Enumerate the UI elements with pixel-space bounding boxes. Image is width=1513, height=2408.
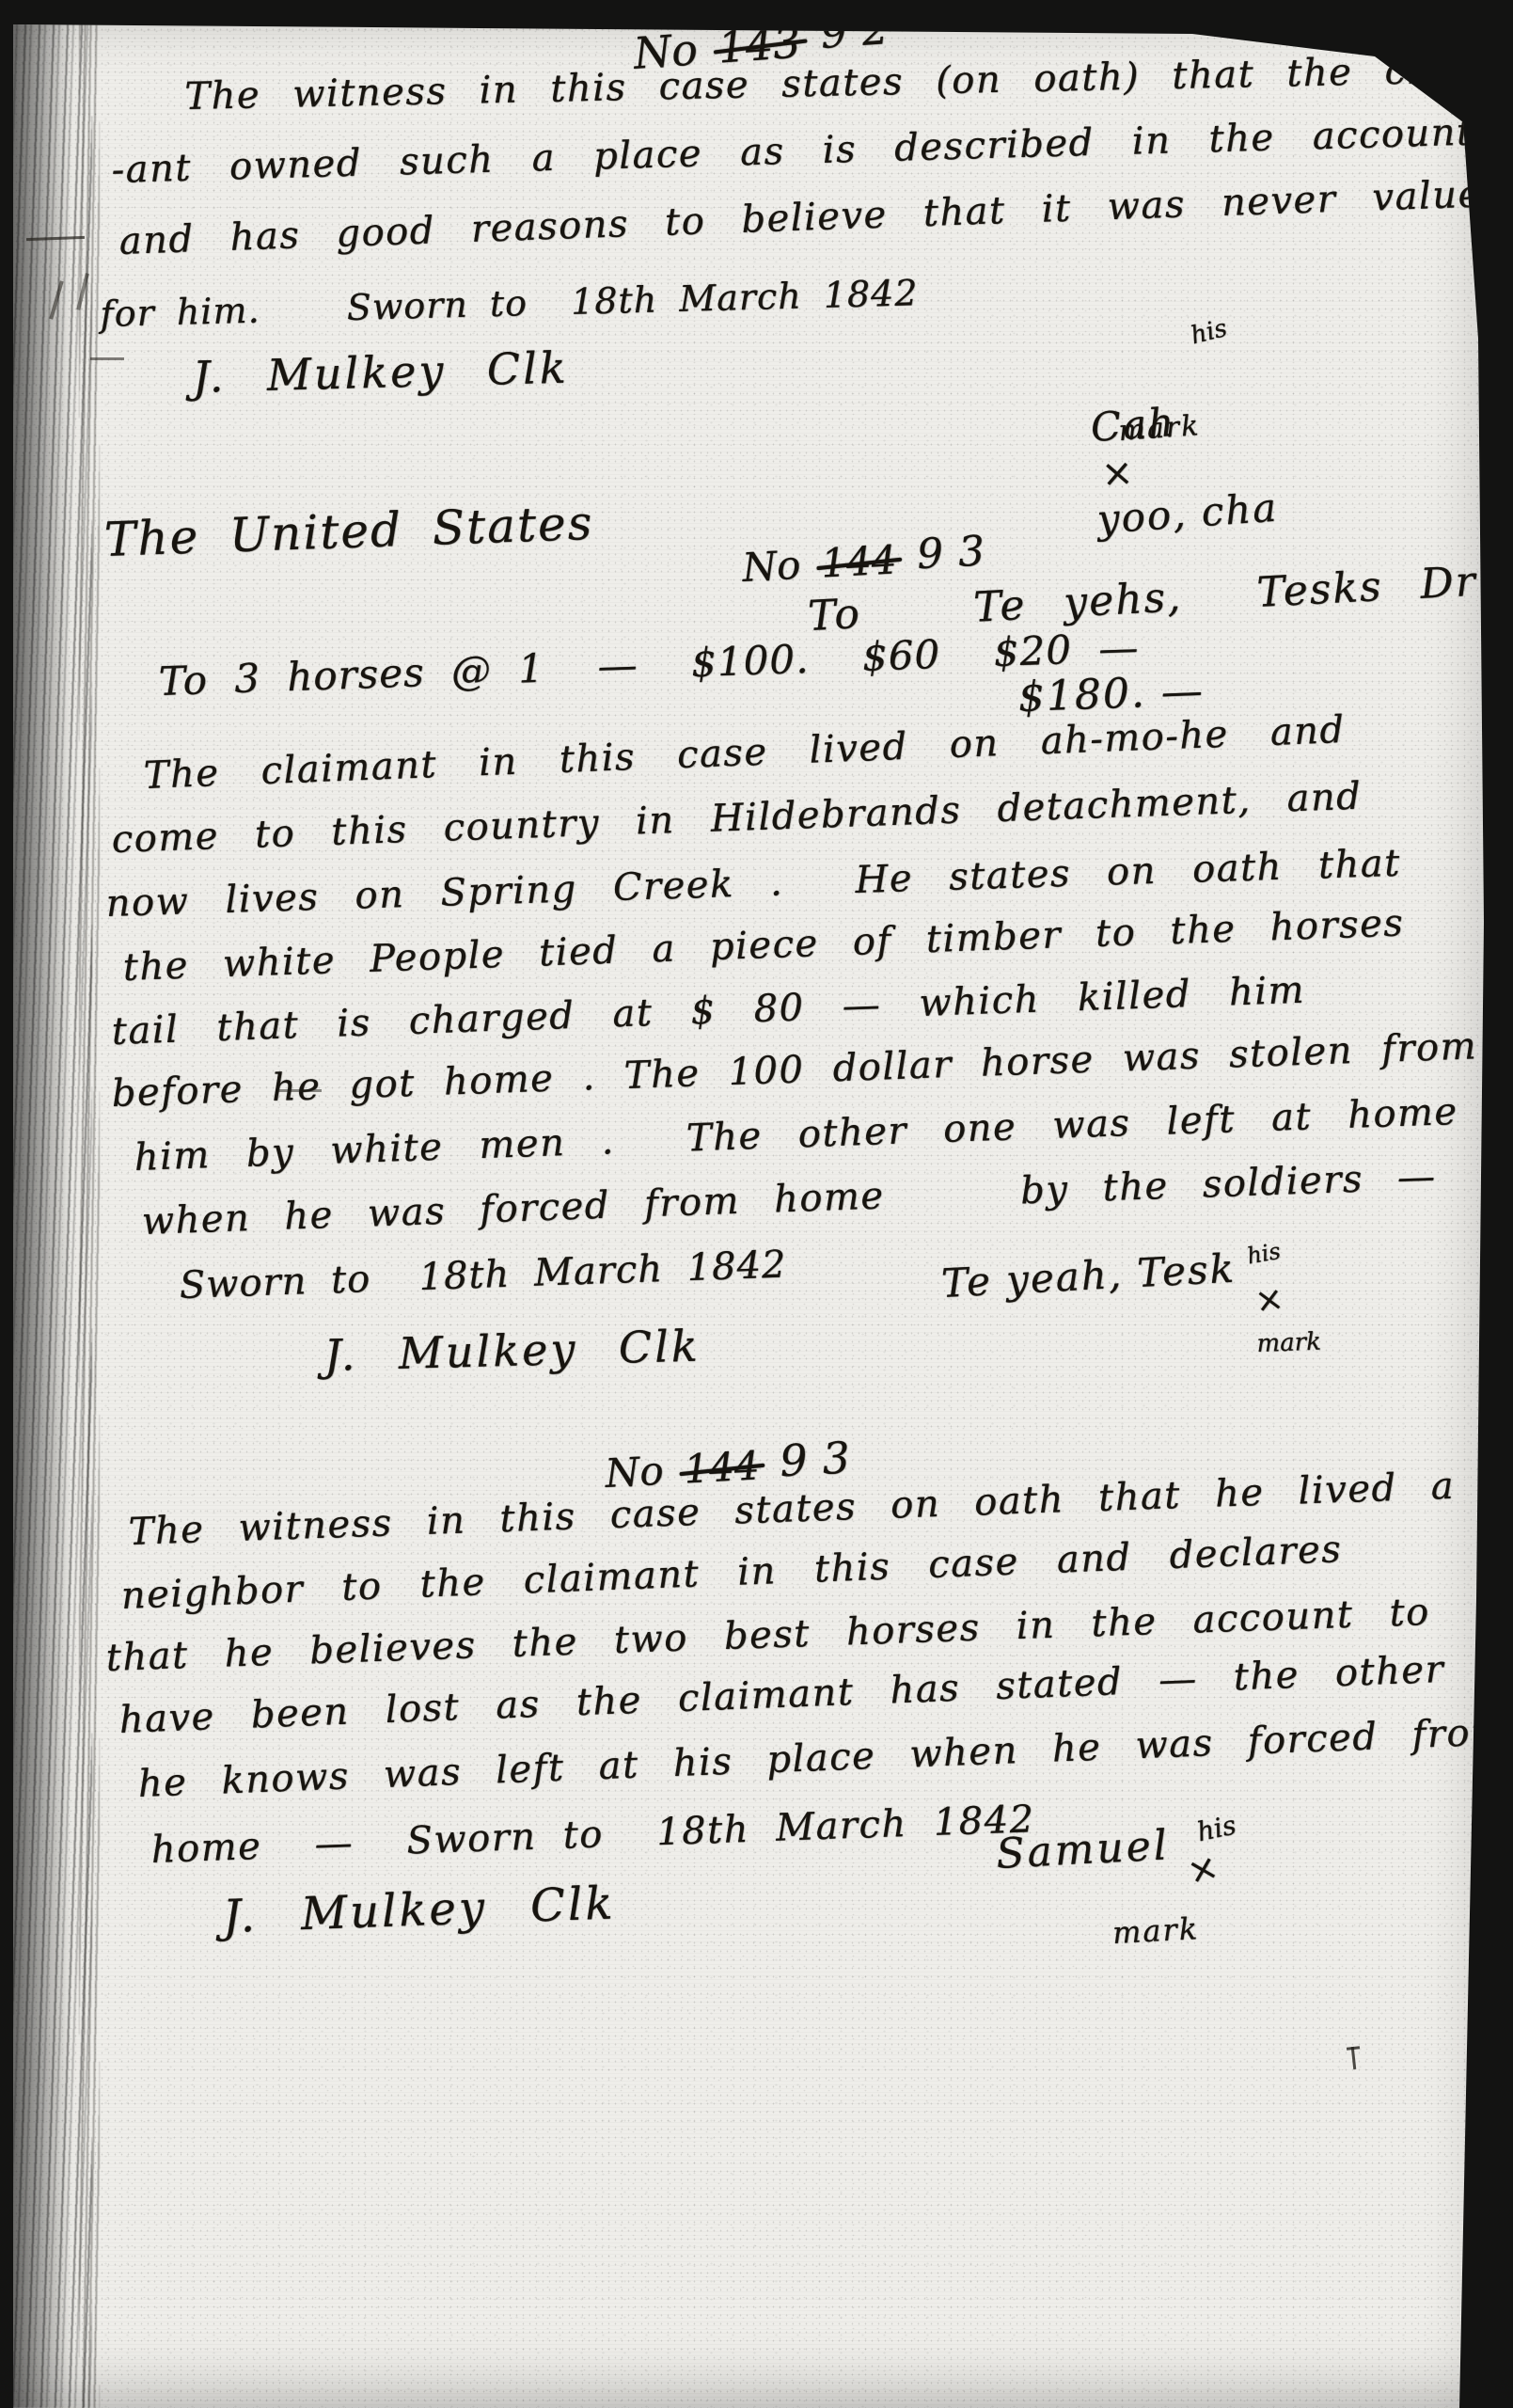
- entry92-clerk-signature: J. Mulkey Clk: [192, 342, 569, 403]
- entry92-page-number: 92: [819, 5, 905, 58]
- binding-gutter: [11, 0, 92, 2408]
- his-label: his: [1194, 1809, 1238, 1847]
- scanned-manuscript-page: No 143 92 The witness in this case state…: [0, 0, 1513, 2408]
- entry92-claimant-signature: his Cah × yoo, cha mark: [969, 301, 1466, 476]
- ink-dash: [26, 236, 85, 241]
- witness93-clerk-signature: J. Mulkey Clk: [222, 1877, 616, 1943]
- his-label: his: [1188, 314, 1230, 350]
- entry93-struck-number: 144: [820, 536, 898, 586]
- witness93-text-line: home — Sworn to 18th March 1842: [150, 1798, 1035, 1872]
- mark-label: mark: [1117, 409, 1201, 448]
- ink-tick: [76, 273, 89, 310]
- his-mark-cross: ×: [1093, 451, 1144, 497]
- his-mark-cross: ×: [1253, 1279, 1286, 1322]
- ink-mark: [1351, 2047, 1356, 2069]
- entry93-title: The United States: [103, 496, 594, 567]
- entry93-sworn-line: Sworn to 18th March 1842: [179, 1243, 787, 1307]
- witness93-case-number: 93: [779, 1432, 866, 1487]
- ink-mark: [1347, 2046, 1360, 2050]
- entry93-case-number: 93: [916, 527, 1001, 579]
- entry93-number-prefix: No: [741, 542, 802, 591]
- entry93-signature-name: Te yeah, Tesk: [940, 1245, 1237, 1307]
- witness93-struck-number: 144: [683, 1442, 761, 1492]
- ink-dash: [90, 357, 124, 360]
- witness93-number-prefix: No: [604, 1448, 665, 1497]
- mark-label: mark: [1256, 1328, 1321, 1358]
- entry92-text-line: for him. Sworn to 18th March 1842: [100, 272, 919, 335]
- entry93-account-line: To 3 horses @ 1 — $100. $60 $20 —: [158, 625, 1140, 705]
- mark-label: mark: [1111, 1910, 1200, 1951]
- paper-sheet: No 143 92 The witness in this case state…: [0, 0, 1513, 2408]
- signature-name: Cah × yoo, cha: [970, 346, 1283, 596]
- entry93-clerk-signature: J. Mulkey Clk: [323, 1321, 701, 1381]
- his-label: his: [1245, 1238, 1283, 1270]
- binding-gutter-streaks: [79, 0, 100, 2408]
- witness93-signature-name: Samuel: [995, 1821, 1171, 1878]
- ink-tick: [49, 280, 63, 319]
- his-mark-cross: ×: [1183, 1846, 1222, 1893]
- entry93-account-total: $180. —: [1017, 667, 1206, 721]
- entry93-header: No 144 93: [741, 531, 1001, 592]
